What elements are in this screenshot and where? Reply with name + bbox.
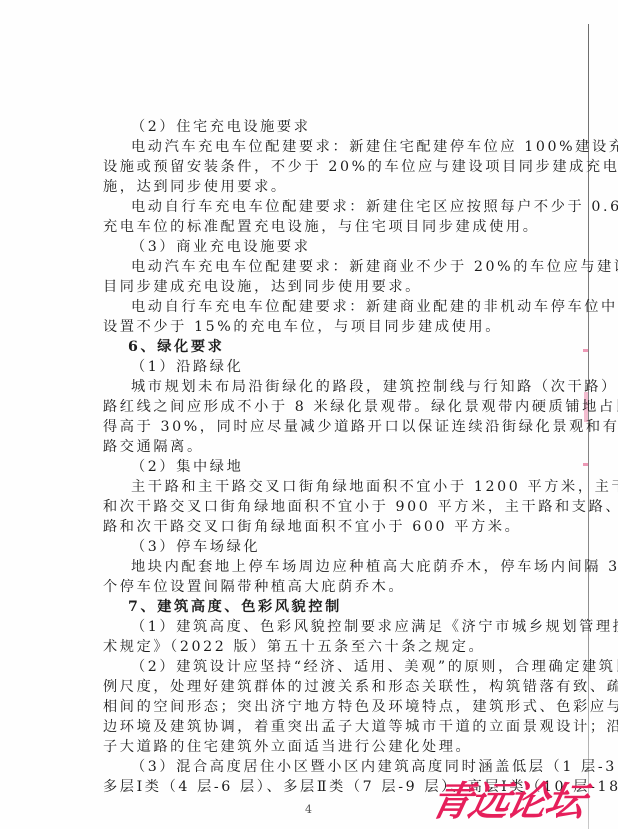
paragraph-line: 路红线之间应形成不小于 8 米绿化景观带。绿化景观带内硬质铺地占比不 xyxy=(103,397,528,417)
paragraph-line: 子大道路的住宅建筑外立面适当进行公建化处理。 xyxy=(103,737,528,757)
paragraph-line: 路和次干路交叉口街角绿地面积不宜小于 600 平方米。 xyxy=(103,517,528,537)
forum-watermark-logo: 青远论坛 xyxy=(426,770,590,827)
paragraph-line: 相间的空间形态；突出济宁地方特色及环境特点，建筑形式、色彩应与周 xyxy=(103,697,528,717)
paragraph-line: 设施或预留安装条件，不少于 20%的车位应与建设项目同步建成充电设 xyxy=(103,157,528,177)
subheading-roadside-greening: （1）沿路绿化 xyxy=(103,357,528,377)
subheading-central-green: （2）集中绿地 xyxy=(103,457,528,477)
paragraph-line: 电动汽车充电车位配建要求：新建商业不少于 20%的车位应与建设项 xyxy=(103,257,528,277)
paragraph-line: 主干路和主干路交叉口街角绿地面积不宜小于 1200 平方米，主干路 xyxy=(103,477,528,497)
paragraph-line: （1）建筑高度、色彩风貌控制要求应满足《济宁市城乡规划管理技 xyxy=(103,617,528,637)
section-heading-building-height: 7、建筑高度、色彩风貌控制 xyxy=(103,597,528,617)
document-body: （2）住宅充电设施要求 电动汽车充电车位配建要求：新建住宅配建停车位应 100%… xyxy=(103,117,528,797)
paragraph-line: 设置不少于 15%的充电车位，与项目同步建成使用。 xyxy=(103,317,528,337)
stamp-remnant-mark xyxy=(583,349,588,352)
paragraph-line: 目同步建成充电设施，达到同步使用要求。 xyxy=(103,277,528,297)
paragraph-line: 得高于 30%，同时应尽量减少道路开口以保证连续沿街绿化景观和有效道 xyxy=(103,417,528,437)
paragraph-line: 例尺度，处理好建筑群体的过渡关系和形态关联性，构筑错落有致、疏密 xyxy=(103,677,528,697)
paragraph-line: 和次干路交叉口街角绿地面积不宜小于 900 平方米，主干路和支路、次干 xyxy=(103,497,528,517)
paragraph-line: 电动自行车充电车位配建要求：新建住宅区应按照每户不少于 0.6 个 xyxy=(103,197,528,217)
paragraph-line: 充电车位的标准配置充电设施，与住宅项目同步建成使用。 xyxy=(103,217,528,237)
paragraph-line: 术规定》（2022 版）第五十五条至六十条之规定。 xyxy=(103,637,528,657)
subheading-parking-greening: （3）停车场绿化 xyxy=(103,537,528,557)
document-page: （2）住宅充电设施要求 电动汽车充电车位配建要求：新建住宅配建停车位应 100%… xyxy=(0,0,618,829)
page-number: 4 xyxy=(305,803,312,816)
paragraph-line: 路交通隔离。 xyxy=(103,437,528,457)
paragraph-line: 施，达到同步使用要求。 xyxy=(103,177,528,197)
section-heading-greening: 6、绿化要求 xyxy=(103,337,528,357)
paragraph-line: 个停车位设置间隔带种植高大庇荫乔木。 xyxy=(103,577,528,597)
paragraph-line: 地块内配套地上停车场周边应种植高大庇荫乔木，停车场内间隔 3-5 xyxy=(103,557,528,577)
paragraph-line: 电动自行车充电车位配建要求：新建商业配建的非机动车停车位中应 xyxy=(103,297,528,317)
stamp-remnant-mark xyxy=(583,463,588,466)
paragraph-line: （2）建筑设计应坚持“经济、适用、美观”的原则，合理确定建筑比 xyxy=(103,657,528,677)
paragraph-line: 电动汽车充电车位配建要求：新建住宅配建停车位应 100%建设充电 xyxy=(103,137,528,157)
subheading-residential-charging: （2）住宅充电设施要求 xyxy=(103,117,528,137)
paragraph-line: 边环境及建筑协调，着重突出孟子大道等城市干道的立面景观设计；沿孟 xyxy=(103,717,528,737)
paragraph-line: 城市规划未布局沿街绿化的路段，建筑控制线与行知路（次干路）道 xyxy=(103,377,528,397)
subheading-commercial-charging: （3）商业充电设施要求 xyxy=(103,237,528,257)
